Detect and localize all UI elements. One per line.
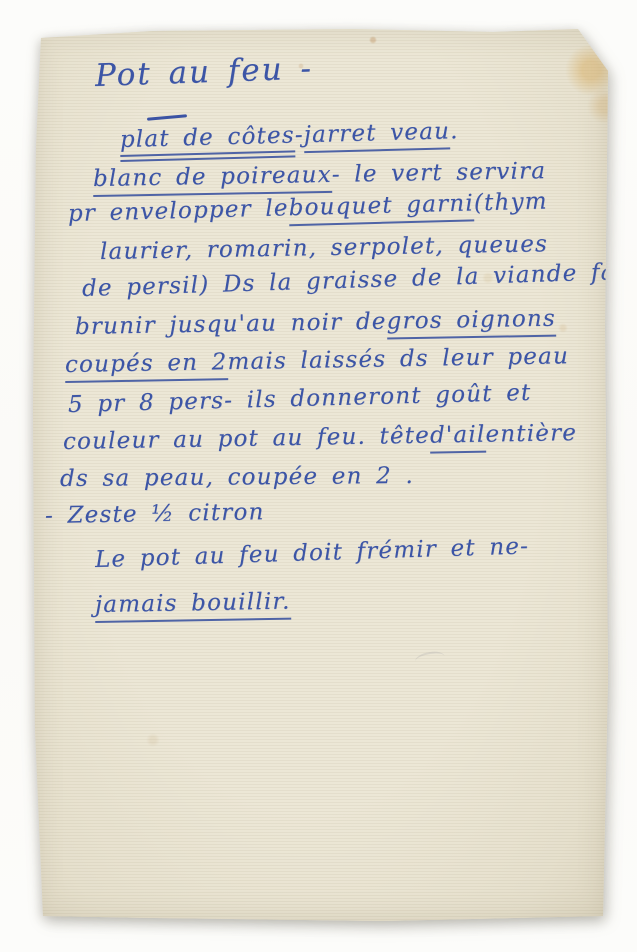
paper-sheet: Pot au feu - plat de côtes - jarret veau… [33,28,608,921]
note-text-segment: jarret veau [303,118,450,153]
note-line: ds sa peau, coupée en 2 . [60,463,414,492]
note-text-segment: coupés en 2 [65,349,228,383]
note-text-segment: bouquet garni [288,190,474,226]
note-line: couleur au pot au feu. tête d'ail entièr… [63,420,578,460]
pencil-smudge [414,650,446,669]
note-title: Pot au feu - [94,50,313,94]
note-text-segment: . [450,118,459,144]
note-text-segment: - le vert servira [332,158,547,188]
note-text-segment: d'ail [430,422,486,454]
scan-background: Pot au feu - plat de côtes - jarret veau… [0,0,637,952]
note-text-segment: entière [485,420,577,448]
note-text-segment: Pot au feu - [94,50,313,94]
note-text-segment: blanc de poireaux [93,162,332,197]
note-line: Le pot au feu doit frémir et ne- [95,533,530,573]
note-line: de persil) Ds la graisse de la viande fa… [82,258,637,302]
note-line: jamais bouillir. [95,589,291,623]
note-text-segment: mais laissés ds leur peau [227,343,569,375]
note-text-segment: gros oignons [386,306,556,340]
note-line: laurier, romarin, serpolet, queues [100,231,548,265]
note-text-segment: de persil) Ds la graisse de la viande fa… [82,258,637,302]
paper-shadow-wrap: Pot au feu - plat de côtes - jarret veau… [0,0,637,952]
note-text-segment: - Zeste ½ citron [45,499,265,529]
note-line: - Zeste ½ citron [45,499,265,529]
note-text-segment: 5 pr 8 pers- ils donneront goût et [68,380,532,418]
note-text-segment: jamais bouillir. [95,589,291,623]
note-text-segment: Le pot au feu doit frémir et ne- [95,533,530,573]
note-text-segment: ds sa peau, coupée en 2 . [60,463,414,492]
note-text-segment: (thym [474,188,548,216]
title-underline-stroke [147,114,187,120]
note-line: plat de côtes - jarret veau . [120,118,460,162]
note-line: brunir jusqu'au noir de gros oignons [75,306,556,345]
note-text-segment: laurier, romarin, serpolet, queues [100,231,548,265]
note-line: coupés en 2 mais laissés ds leur peau [65,343,570,383]
note-text-segment: couleur au pot au feu. tête [63,423,430,455]
note-line: 5 pr 8 pers- ils donneront goût et [68,380,532,418]
note-text-segment: pr envelopper le [68,195,289,227]
note-text-segment: brunir jusqu'au noir de [75,309,387,340]
note-text-segment: plat de côtes [120,122,296,162]
